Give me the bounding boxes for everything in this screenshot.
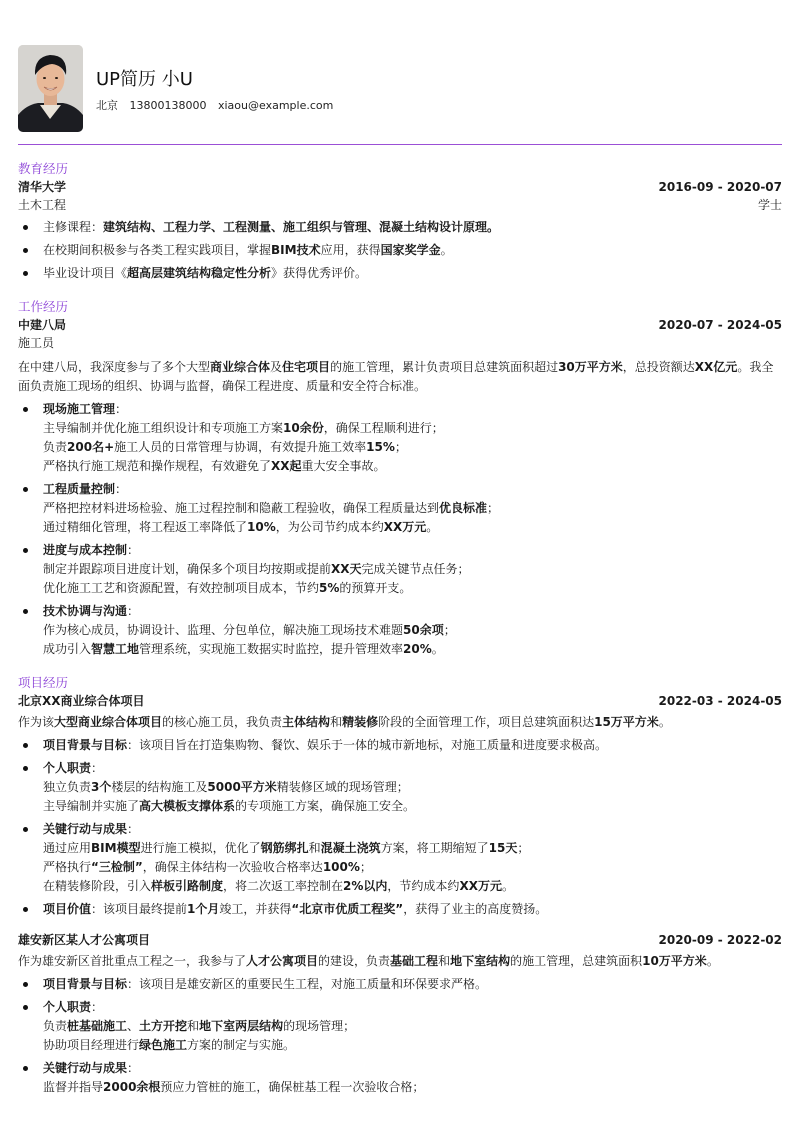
emphasis-text: 超高层建筑结构稳定性分析 <box>127 266 271 280</box>
colon: ： <box>115 402 127 416</box>
body-text: 重大安全事故。 <box>302 459 386 473</box>
colon: ： <box>127 543 139 557</box>
emphasis-text: 土方开挖 <box>139 1019 187 1033</box>
item-line: 通过应用BIM模型进行施工模拟，优化了钢筋绑扎和混凝土浇筑方案，将工期缩短了15… <box>43 839 782 858</box>
body-text: 严格执行 <box>43 860 91 874</box>
body-text: 进行施工模拟，优化了 <box>141 841 261 855</box>
emphasis-text: 钢筋绑扎 <box>261 841 309 855</box>
emphasis-text: 5% <box>319 581 339 595</box>
item-heading: 项目背景与目标 <box>43 977 127 991</box>
body-text: 负责 <box>43 440 67 454</box>
list-item: 关键行动与成果：通过应用BIM模型进行施工模拟，优化了钢筋绑扎和混凝土浇筑方案，… <box>18 820 782 896</box>
item-line: 在精装修阶段，引入样板引路制度，将二次返工率控制在2%以内，节约成本约XX万元。 <box>43 877 782 896</box>
education-subrow: 土木工程 学士 <box>18 196 782 214</box>
body-text: 应用，获得 <box>321 243 381 257</box>
emphasis-text: 15% <box>366 440 395 454</box>
item-line: 通过精细化管理，将工程返工率降低了10%，为公司节约成本约XX万元。 <box>43 518 782 537</box>
body-text: 监督并指导 <box>43 1080 103 1094</box>
body-text: 方案的制定与实施。 <box>187 1038 295 1052</box>
body-text: 。 <box>707 954 719 968</box>
body-text: 和 <box>438 954 450 968</box>
body-text: 的核心施工员，我负责 <box>162 715 282 729</box>
body-text: 作为雄安新区首批重点工程之一，我参与了 <box>18 954 246 968</box>
body-text: 。 <box>502 879 514 893</box>
emphasis-text: BIM技术 <box>271 243 321 257</box>
emphasis-text: 样板引路制度 <box>151 879 223 893</box>
body-text: 及 <box>270 360 282 374</box>
item-heading: 关键行动与成果 <box>43 822 127 836</box>
item-line: 严格把控材料进场检验、施工过程控制和隐蔽工程验收，确保工程质量达到优良标准； <box>43 499 782 518</box>
body-text: 成功引入 <box>43 642 91 656</box>
list-item: 项目背景与目标：该项目是雄安新区的重要民生工程，对施工质量和环保要求严格。 <box>18 975 782 994</box>
emphasis-text: 2%以内 <box>343 879 387 893</box>
emphasis-text: 1个月 <box>187 902 219 916</box>
emphasis-text: 5000平方米 <box>207 780 276 794</box>
emphasis-text: 2000余根 <box>103 1080 160 1094</box>
body-text: 作为该 <box>18 715 54 729</box>
body-text: 毕业设计项目《 <box>43 266 127 280</box>
item-line: 严格执行“三检制”，确保主体结构一次验收合格率达100%； <box>43 858 782 877</box>
item-heading: 关键行动与成果 <box>43 1061 127 1075</box>
resume-header: UP简历 小U 北京 13800138000 xiaou@example.com <box>18 42 782 134</box>
colon: ： <box>91 1000 103 1014</box>
body-text: 、 <box>127 1019 139 1033</box>
work-row: 中建八局 2020-07 - 2024-05 <box>18 316 782 334</box>
project-date: 2020-09 - 2022-02 <box>659 931 783 949</box>
item-line: 作为核心成员，协调设计、监理、分包单位，解决施工现场技术难题50余项； <box>43 621 782 640</box>
body-text: 》获得优秀评价。 <box>271 266 367 280</box>
body-text: 竣工，并获得 <box>219 902 291 916</box>
degree: 学士 <box>758 196 782 214</box>
body-text: 的施工管理，总建筑面积 <box>510 954 642 968</box>
company-name: 中建八局 <box>18 316 66 334</box>
body-text: 主导编制并实施了 <box>43 799 139 813</box>
item-heading: 个人职责 <box>43 1000 91 1014</box>
item-heading: 项目背景与目标 <box>43 738 127 752</box>
header-divider <box>18 144 782 145</box>
body-text: 在精装修阶段，引入 <box>43 879 151 893</box>
section-title-education: 教育经历 <box>18 160 782 178</box>
work-section: 工作经历 中建八局 2020-07 - 2024-05 施工员 在中建八局，我深… <box>18 298 782 659</box>
emphasis-text: 桩基础施工 <box>67 1019 127 1033</box>
item-line: 优化施工工艺和资源配置，有效控制项目成本，节约5%的预算开支。 <box>43 579 782 598</box>
emphasis-text: 200名+ <box>67 440 114 454</box>
emphasis-text: 15万平方米 <box>594 715 659 729</box>
emphasis-text: 商业综合体 <box>210 360 270 374</box>
work-summary: 在中建八局，我深度参与了多个大型商业综合体及住宅项目的施工管理，累计负责项目总建… <box>18 358 782 396</box>
emphasis-text: 绿色施工 <box>139 1038 187 1052</box>
item-heading: 项目价值 <box>43 902 91 916</box>
emphasis-text: XX亿元 <box>695 360 738 374</box>
emphasis-text: 精装修 <box>342 715 378 729</box>
work-items: 现场施工管理：主导编制并优化施工组织设计和专项施工方案10余份，确保工程顺利进行… <box>18 400 782 659</box>
project-summary: 作为该大型商业综合体项目的核心施工员，我负责主体结构和精装修阶段的全面管理工作，… <box>18 713 782 732</box>
body-text: 和 <box>187 1019 199 1033</box>
item-line: 协助项目经理进行绿色施工方案的制定与实施。 <box>43 1036 782 1055</box>
body-text: 优化施工工艺和资源配置，有效控制项目成本，节约 <box>43 581 319 595</box>
item-heading: 现场施工管理 <box>43 402 115 416</box>
header-info: UP简历 小U 北京 13800138000 xiaou@example.com <box>96 64 339 113</box>
item-heading: 技术协调与沟通 <box>43 604 127 618</box>
contact-email[interactable]: xiaou@example.com <box>218 99 333 112</box>
body-text: 的专项施工方案，确保施工安全。 <box>235 799 415 813</box>
emphasis-text: 地下室结构 <box>450 954 510 968</box>
emphasis-text: 30万平方米 <box>558 360 623 374</box>
item-line: 负责200名+施工人员的日常管理与协调，有效提升施工效率15%； <box>43 438 782 457</box>
body-text: 。 <box>659 715 671 729</box>
colon: ： <box>127 977 139 991</box>
body-text: 协助项目经理进行 <box>43 1038 139 1052</box>
body-text: 方案，将工期缩短了 <box>381 841 489 855</box>
body-text: ，总投资额达 <box>623 360 695 374</box>
body-text: ； <box>487 501 499 515</box>
list-item: 关键行动与成果：监督并指导2000余根预应力管桩的施工，确保桩基工程一次验收合格… <box>18 1059 782 1097</box>
body-text: 管理系统，实现施工数据实时监控，提升管理效率 <box>139 642 403 656</box>
project-name: 北京XX商业综合体项目 <box>18 692 145 710</box>
body-text: 在中建八局，我深度参与了多个大型 <box>18 360 210 374</box>
item-line: 监督并指导2000余根预应力管桩的施工，确保桩基工程一次验收合格； <box>43 1078 782 1097</box>
list-item: 项目价值：该项目最终提前1个月竣工，并获得“北京市优质工程奖”，获得了业主的高度… <box>18 900 782 919</box>
projects-section: 项目经历 北京XX商业综合体项目 2022-03 - 2024-05 作为该大型… <box>18 674 782 1097</box>
emphasis-text: 智慧工地 <box>91 642 139 656</box>
body-text: 主修课程： <box>43 220 103 234</box>
emphasis-text: 混凝土浇筑 <box>321 841 381 855</box>
body-text: ，节约成本约 <box>387 879 459 893</box>
body-text: 预应力管桩的施工，确保桩基工程一次验收合格； <box>160 1080 424 1094</box>
item-line: 独立负责3个楼层的结构施工及5000平方米精装修区域的现场管理； <box>43 778 782 797</box>
project-items: 项目背景与目标：该项目是雄安新区的重要民生工程，对施工质量和环保要求严格。 个人… <box>18 975 782 1097</box>
list-item: 个人职责：独立负责3个楼层的结构施工及5000平方米精装修区域的现场管理；主导编… <box>18 759 782 816</box>
emphasis-text: 建筑结构、工程力学、工程测量、施工组织与管理、混凝土结构设计原理。 <box>103 220 499 234</box>
emphasis-text: 10% <box>247 520 276 534</box>
item-heading: 进度与成本控制 <box>43 543 127 557</box>
emphasis-text: XX万元 <box>459 879 502 893</box>
body-text: 楼层的结构施工及 <box>111 780 207 794</box>
item-heading: 个人职责 <box>43 761 91 775</box>
emphasis-text: 10万平方米 <box>642 954 707 968</box>
body-text: 在校期间积极参与各类工程实践项目，掌握 <box>43 243 271 257</box>
item-line: 制定并跟踪项目进度计划，确保多个项目均按期或提前XX天完成关键节点任务； <box>43 560 782 579</box>
body-text: 的现场管理； <box>283 1019 355 1033</box>
list-item: 工程质量控制：严格把控材料进场检验、施工过程控制和隐蔽工程验收，确保工程质量达到… <box>18 480 782 537</box>
section-title-projects: 项目经历 <box>18 674 782 692</box>
item-line: 主导编制并优化施工组织设计和专项施工方案10余份，确保工程顺利进行； <box>43 419 782 438</box>
body-text: 负责 <box>43 1019 67 1033</box>
colon: ： <box>91 902 103 916</box>
list-item: 项目背景与目标：该项目旨在打造集购物、餐饮、娱乐于一体的城市新地标，对施工质量和… <box>18 736 782 755</box>
body-text: 作为核心成员，协调设计、监理、分包单位，解决施工现场技术难题 <box>43 623 403 637</box>
body-text: ，为公司节约成本约 <box>276 520 384 534</box>
colon: ： <box>127 1061 139 1075</box>
project-entry: 北京XX商业综合体项目 2022-03 - 2024-05 作为该大型商业综合体… <box>18 692 782 919</box>
emphasis-text: “北京市优质工程奖” <box>291 902 403 916</box>
body-text: 主导编制并优化施工组织设计和专项施工方案 <box>43 421 283 435</box>
major: 土木工程 <box>18 196 66 214</box>
emphasis-text: 国家奖学金 <box>381 243 441 257</box>
job-position: 施工员 <box>18 334 782 352</box>
body-text: 通过应用 <box>43 841 91 855</box>
portrait-photo-icon <box>18 45 83 132</box>
item-heading: 工程质量控制 <box>43 482 115 496</box>
item-line: 严格执行施工规范和操作规程，有效避免了XX起重大安全事故。 <box>43 457 782 476</box>
body-text: ，将二次返工率控制在 <box>223 879 343 893</box>
emphasis-text: 50余项 <box>403 623 444 637</box>
item-line: 成功引入智慧工地管理系统，实现施工数据实时监控，提升管理效率20%。 <box>43 640 782 659</box>
candidate-name: UP简历 小U <box>96 68 339 92</box>
project-name: 雄安新区某人才公寓项目 <box>18 931 150 949</box>
body-text: 施工人员的日常管理与协调，有效提升施工效率 <box>114 440 366 454</box>
avatar <box>18 45 83 132</box>
colon: ： <box>127 604 139 618</box>
colon: ： <box>127 738 139 752</box>
emphasis-text: 100% <box>323 860 360 874</box>
education-bullets: 主修课程：建筑结构、工程力学、工程测量、施工组织与管理、混凝土结构设计原理。 在… <box>18 218 782 283</box>
emphasis-text: 地下室两层结构 <box>199 1019 283 1033</box>
list-item: 个人职责：负责桩基础施工、土方开挖和地下室两层结构的现场管理；协助项目经理进行绿… <box>18 998 782 1055</box>
body-text: 阶段的全面管理工作，项目总建筑面积达 <box>378 715 594 729</box>
body-text: 和 <box>309 841 321 855</box>
body-text: 的建设，负责 <box>318 954 390 968</box>
emphasis-text: “三检制” <box>91 860 143 874</box>
emphasis-text: BIM模型 <box>91 841 141 855</box>
list-item: 技术协调与沟通：作为核心成员，协调设计、监理、分包单位，解决施工现场技术难题50… <box>18 602 782 659</box>
education-row: 清华大学 2016-09 - 2020-07 <box>18 178 782 196</box>
project-row: 北京XX商业综合体项目 2022-03 - 2024-05 <box>18 692 782 710</box>
project-row: 雄安新区某人才公寓项目 2020-09 - 2022-02 <box>18 931 782 949</box>
body-text: ； <box>444 623 456 637</box>
emphasis-text: 主体结构 <box>282 715 330 729</box>
emphasis-text: 20% <box>403 642 432 656</box>
list-item: 在校期间积极参与各类工程实践项目，掌握BIM技术应用，获得国家奖学金。 <box>18 241 782 260</box>
list-item: 主修课程：建筑结构、工程力学、工程测量、施工组织与管理、混凝土结构设计原理。 <box>18 218 782 237</box>
education-section: 教育经历 清华大学 2016-09 - 2020-07 土木工程 学士 主修课程… <box>18 160 782 283</box>
emphasis-text: 优良标准 <box>439 501 487 515</box>
body-text: 该项目是雄安新区的重要民生工程，对施工质量和环保要求严格。 <box>139 977 487 991</box>
emphasis-text: 3个 <box>91 780 111 794</box>
body-text: ，确保工程顺利进行； <box>324 421 444 435</box>
school-name: 清华大学 <box>18 178 66 196</box>
body-text: ； <box>517 841 529 855</box>
body-text: 通过精细化管理，将工程返工率降低了 <box>43 520 247 534</box>
contact-phone[interactable]: 13800138000 <box>130 99 207 112</box>
colon: ： <box>115 482 127 496</box>
body-text: 。 <box>426 520 438 534</box>
list-item: 毕业设计项目《超高层建筑结构稳定性分析》获得优秀评价。 <box>18 264 782 283</box>
body-text: 。 <box>432 642 444 656</box>
project-summary: 作为雄安新区首批重点工程之一，我参与了人才公寓项目的建设，负责基础工程和地下室结… <box>18 952 782 971</box>
emphasis-text: XX万元 <box>384 520 427 534</box>
work-date: 2020-07 - 2024-05 <box>659 316 783 334</box>
project-items: 项目背景与目标：该项目旨在打造集购物、餐饮、娱乐于一体的城市新地标，对施工质量和… <box>18 736 782 919</box>
emphasis-text: 人才公寓项目 <box>246 954 318 968</box>
emphasis-text: 高大模板支撑体系 <box>139 799 235 813</box>
list-item: 现场施工管理：主导编制并优化施工组织设计和专项施工方案10余份，确保工程顺利进行… <box>18 400 782 476</box>
body-text: 独立负责 <box>43 780 91 794</box>
body-text: 制定并跟踪项目进度计划，确保多个项目均按期或提前 <box>43 562 331 576</box>
item-line: 主导编制并实施了高大模板支撑体系的专项施工方案，确保施工安全。 <box>43 797 782 816</box>
resume-page: UP简历 小U 北京 13800138000 xiaou@example.com… <box>0 42 800 1097</box>
emphasis-text: XX天 <box>331 562 362 576</box>
contact-city: 北京 <box>96 99 118 112</box>
emphasis-text: 15天 <box>489 841 518 855</box>
body-text: 该项目最终提前 <box>103 902 187 916</box>
emphasis-text: 基础工程 <box>390 954 438 968</box>
body-text: 的施工管理，累计负责项目总建筑面积超过 <box>330 360 558 374</box>
emphasis-text: 住宅项目 <box>282 360 330 374</box>
body-text: 精装修区域的现场管理； <box>277 780 409 794</box>
body-text: 和 <box>330 715 342 729</box>
body-text: ，获得了业主的高度赞扬。 <box>403 902 547 916</box>
section-title-work: 工作经历 <box>18 298 782 316</box>
project-date: 2022-03 - 2024-05 <box>659 692 783 710</box>
body-text: 。 <box>441 243 453 257</box>
emphasis-text: 10余份 <box>283 421 324 435</box>
list-item: 进度与成本控制：制定并跟踪项目进度计划，确保多个项目均按期或提前XX天完成关键节… <box>18 541 782 598</box>
body-text: ，确保主体结构一次验收合格率达 <box>143 860 323 874</box>
body-text: ； <box>395 440 407 454</box>
education-date: 2016-09 - 2020-07 <box>659 178 783 196</box>
body-text: 完成关键节点任务； <box>362 562 470 576</box>
item-line: 负责桩基础施工、土方开挖和地下室两层结构的现场管理； <box>43 1017 782 1036</box>
emphasis-text: 大型商业综合体项目 <box>54 715 162 729</box>
contact-line: 北京 13800138000 xiaou@example.com <box>96 97 339 113</box>
colon: ： <box>91 761 103 775</box>
body-text: 严格把控材料进场检验、施工过程控制和隐蔽工程验收，确保工程质量达到 <box>43 501 439 515</box>
body-text: ； <box>360 860 372 874</box>
colon: ： <box>127 822 139 836</box>
body-text: 严格执行施工规范和操作规程，有效避免了 <box>43 459 271 473</box>
project-entry: 雄安新区某人才公寓项目 2020-09 - 2022-02 作为雄安新区首批重点… <box>18 931 782 1097</box>
emphasis-text: XX起 <box>271 459 302 473</box>
body-text: 的预算开支。 <box>339 581 411 595</box>
body-text: 该项目旨在打造集购物、餐饮、娱乐于一体的城市新地标，对施工质量和进度要求极高。 <box>139 738 607 752</box>
